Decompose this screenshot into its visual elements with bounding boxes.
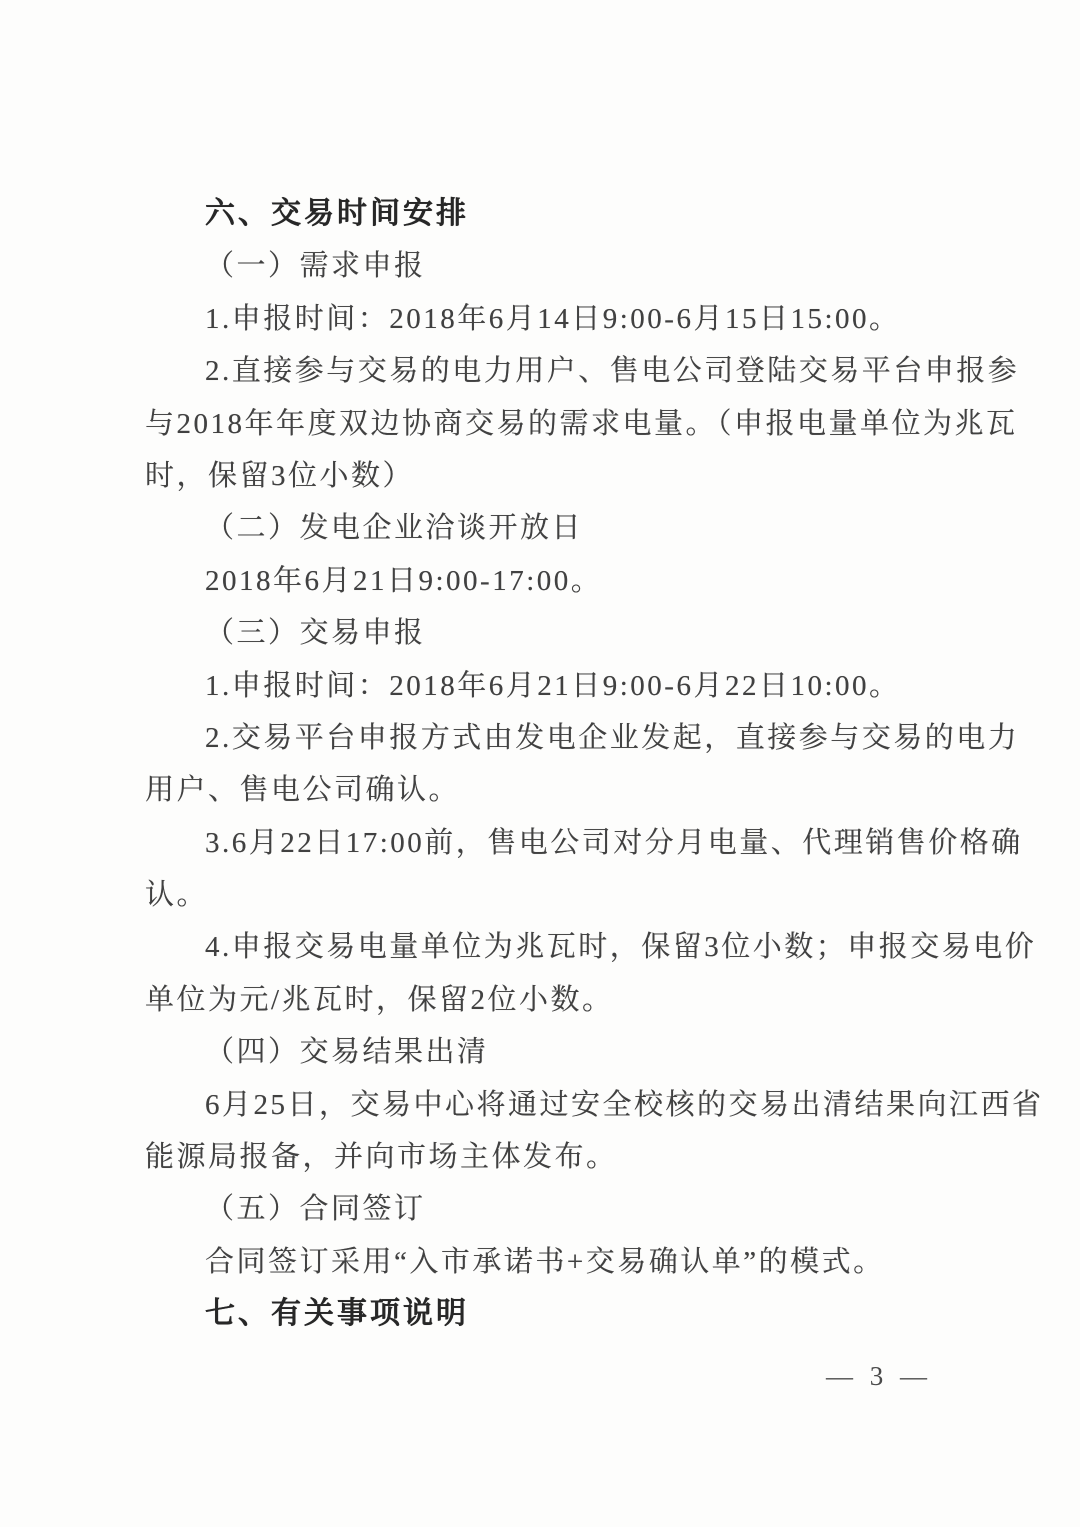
doc-line: 认。 xyxy=(145,869,955,921)
doc-line-sub3-title: （三）交易申报 xyxy=(145,607,955,659)
doc-line-sub4-title: （四）交易结果出清 xyxy=(145,1026,955,1078)
doc-line: 4.申报交易电量单位为兆瓦时，保留3位小数；申报交易电价 xyxy=(145,921,955,973)
section-6-heading: 六、交易时间安排 xyxy=(145,188,955,240)
doc-line: 能源局报备，并向市场主体发布。 xyxy=(145,1131,955,1183)
doc-line: 单位为元/兆瓦时，保留2位小数。 xyxy=(145,974,955,1026)
doc-line-sub2-title: （二）发电企业洽谈开放日 xyxy=(145,502,955,554)
doc-line: 1.申报时间：2018年6月14日9:00-6月15日15:00。 xyxy=(145,293,955,345)
doc-line-sub5-title: （五）合同签订 xyxy=(145,1183,955,1235)
doc-line: 2018年6月21日9:00-17:00。 xyxy=(145,555,955,607)
document-body: 六、交易时间安排 （一）需求申报 1.申报时间：2018年6月14日9:00-6… xyxy=(145,188,955,1341)
doc-line: 时，保留3位小数） xyxy=(145,450,955,502)
page-number: — 3 — xyxy=(826,1356,932,1396)
doc-line: 1.申报时间：2018年6月21日9:00-6月22日10:00。 xyxy=(145,660,955,712)
doc-line: 与2018年年度双边协商交易的需求电量。（申报电量单位为兆瓦 xyxy=(145,398,955,450)
doc-line: 用户、售电公司确认。 xyxy=(145,764,955,816)
scanned-document-page: 六、交易时间安排 （一）需求申报 1.申报时间：2018年6月14日9:00-6… xyxy=(0,0,1080,1527)
section-7-heading: 七、有关事项说明 xyxy=(145,1288,955,1340)
doc-line: 6月25日，交易中心将通过安全校核的交易出清结果向江西省 xyxy=(145,1079,955,1131)
doc-line: 2.直接参与交易的电力用户、售电公司登陆交易平台申报参 xyxy=(145,345,955,397)
doc-line: 2.交易平台申报方式由发电企业发起，直接参与交易的电力 xyxy=(145,712,955,764)
doc-line: 3.6月22日17:00前，售电公司对分月电量、代理销售价格确 xyxy=(145,817,955,869)
doc-line: 合同签订采用“入市承诺书+交易确认单”的模式。 xyxy=(145,1236,955,1288)
doc-line-sub1-title: （一）需求申报 xyxy=(145,240,955,292)
